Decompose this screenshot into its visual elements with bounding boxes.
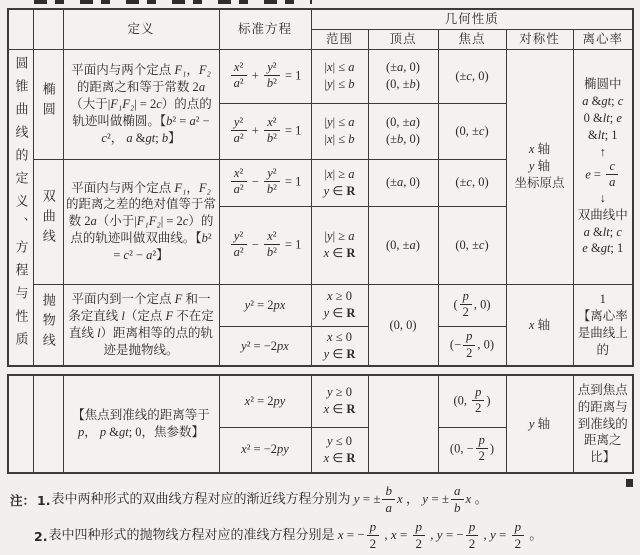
hyperbola-vertex-2-cell: (0, ±a): [368, 206, 438, 284]
parabola-label: 抛物线: [39, 293, 57, 353]
header-eccentricity: 离心率: [573, 29, 633, 49]
footnotes: 注： 1. 表中两种形式的双曲线方程对应的渐近线方程分别为 y = ±bax ，…: [10, 482, 634, 554]
parabola2-symmetry-cell: y 轴: [506, 375, 573, 473]
parabola-vertex-cell: (0, 0): [368, 284, 438, 366]
parabola-label-cell: 抛物线: [33, 284, 63, 366]
parabola2-range-1-cell: y ≥ 0x ∈ R: [311, 375, 368, 427]
note-label: 注：: [10, 491, 35, 509]
ellipse-equation-2-cell: y²a² + x²b² = 1: [219, 103, 311, 159]
note-2: 2. 表中四种形式的抛物线方程对应的准线方程分别是 x = −p2 , x = …: [32, 518, 634, 554]
conic-symmetry-cell: x 轴y 轴坐标原点: [506, 49, 573, 284]
empty-side-cell-2: [33, 375, 63, 473]
parabola2-vertex-cell: [368, 375, 438, 473]
parabola-focus-1-cell: (p2, 0): [438, 284, 506, 326]
parabola-symmetry-cell: x 轴: [506, 284, 573, 366]
side-title-text: 圆锥曲线的定义、方程与性质: [12, 56, 30, 355]
parabola-eccentricity-cell: 1【离心率是曲线上的: [573, 284, 633, 366]
ellipse-vertex-1-cell: (±a, 0)(0, ±b): [368, 49, 438, 103]
parabola-range-2-cell: x ≤ 0y ∈ R: [311, 326, 368, 366]
header-range: 范围: [311, 29, 368, 49]
parabola2-focus-2-cell: (0, −p2): [438, 427, 506, 473]
note-1-number: 1.: [37, 493, 50, 508]
ellipse-label-cell: 椭圆: [33, 49, 63, 159]
parabola2-eccentricity-cell: 点到焦点的距离与到准线的距离之比】: [573, 375, 633, 473]
hyperbola-label: 双曲线: [39, 189, 57, 249]
hyperbola-focus-2-cell: (0, ±c): [438, 206, 506, 284]
parabola-range-1-cell: x ≥ 0y ∈ R: [311, 284, 368, 326]
hyperbola-vertex-1-cell: (±a, 0): [368, 159, 438, 206]
parabola-vertical-table: 【焦点到准线的距离等于 p， p &gt; 0，焦参数】 x² = 2py y …: [7, 374, 634, 474]
side-title-cell: 圆锥曲线的定义、方程与性质: [8, 49, 33, 366]
ellipse-range-2-cell: |y| ≤ a|x| ≤ b: [311, 103, 368, 159]
parabola-focus-2-cell: (−p2, 0): [438, 326, 506, 366]
parabola2-focus-1-cell: (0, p2): [438, 375, 506, 427]
cropped-title-remnant: [34, 0, 312, 4]
note-1-text: 表中两种形式的双曲线方程对应的渐近线方程分别为 y = ±bax ， y = ±…: [51, 485, 487, 515]
header-definition: 定义: [63, 9, 219, 49]
ellipse-vertex-2-cell: (0, ±a)(±b, 0): [368, 103, 438, 159]
conic-properties-table: 定义 标准方程 几何性质 范围 顶点 焦点 对称性 离心率 圆锥曲线的定义、方程…: [7, 8, 634, 367]
parabola-definition-cell: 平面内到一个定点 F 和一条定直线 l（定点 F 不在定直线 l）距离相等的点的…: [63, 284, 219, 366]
parabola2-equation-2-cell: x² = −2py: [219, 427, 311, 473]
corner-cell-2: [33, 9, 63, 49]
empty-side-cell-1: [8, 375, 33, 473]
header-standard-equation: 标准方程: [219, 9, 311, 49]
hyperbola-equation-2-cell: y²a² − x²b² = 1: [219, 206, 311, 284]
hyperbola-equation-1-cell: x²a² − y²b² = 1: [219, 159, 311, 206]
note-1: 注： 1. 表中两种形式的双曲线方程对应的渐近线方程分别为 y = ±bax ，…: [10, 482, 634, 518]
parabola-equation-1-cell: y² = 2px: [219, 284, 311, 326]
header-focus: 焦点: [438, 29, 506, 49]
conic-eccentricity-cell: 椭圆中a &gt; c0 &lt; e &lt; 1↑e = ca↓双曲线中a …: [573, 49, 633, 284]
header-vertex: 顶点: [368, 29, 438, 49]
note-2-text: 表中四种形式的抛物线方程对应的准线方程分别是 x = −p2 , x = p2 …: [48, 521, 542, 551]
header-geometric-properties: 几何性质: [311, 9, 633, 29]
ellipse-focus-1-cell: (±c, 0): [438, 49, 506, 103]
hyperbola-range-2-cell: |y| ≥ ax ∈ R: [311, 206, 368, 284]
parabola2-definition-cell: 【焦点到准线的距离等于 p， p &gt; 0，焦参数】: [63, 375, 219, 473]
ellipse-definition-cell: 平面内与两个定点 F₁，F₂ 的距离之和等于常数 2a（大于|F₁F₂| = 2…: [63, 49, 219, 159]
hyperbola-definition-cell: 平面内与两个定点 F₁，F₂ 的距离之差的绝对值等于常数 2a（小于|F₁F₂|…: [63, 159, 219, 284]
hyperbola-range-1-cell: |x| ≥ ay ∈ R: [311, 159, 368, 206]
corner-cell-1: [8, 9, 33, 49]
ellipse-equation-1-cell: x²a² + y²b² = 1: [219, 49, 311, 103]
note-2-number: 2.: [34, 529, 47, 544]
ellipse-focus-2-cell: (0, ±c): [438, 103, 506, 159]
parabola2-range-2-cell: y ≤ 0x ∈ R: [311, 427, 368, 473]
parabola2-equation-1-cell: x² = 2py: [219, 375, 311, 427]
ellipse-label: 椭圆: [39, 82, 57, 122]
parabola-equation-2-cell: y² = −2px: [219, 326, 311, 366]
hyperbola-focus-1-cell: (±c, 0): [438, 159, 506, 206]
hyperbola-label-cell: 双曲线: [33, 159, 63, 284]
ellipse-range-1-cell: |x| ≤ a|y| ≤ b: [311, 49, 368, 103]
header-symmetry: 对称性: [506, 29, 573, 49]
